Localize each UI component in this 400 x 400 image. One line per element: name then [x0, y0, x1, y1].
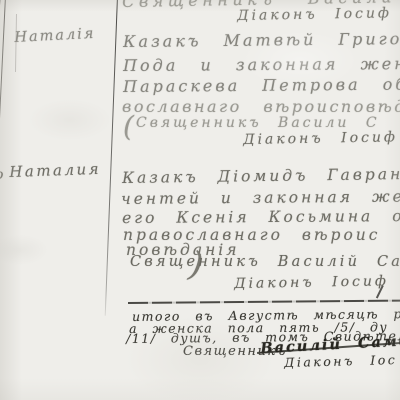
- entry-name-column: Наталия: [9, 161, 101, 181]
- header-deacon-signature-partial: Діаконъ Іосиф: [237, 6, 392, 24]
- table-rule-column-divider: [105, 0, 119, 316]
- register-scan-page: Священникъ Васили Діаконъ Іосиф Наталія …: [0, 0, 400, 400]
- entry-number-fragment: о: [0, 168, 6, 183]
- entry-deacon-signature: Діаконъ Іосиф: [243, 130, 398, 148]
- table-rule-left-corner: [0, 0, 1, 43]
- entry-body-line: Параскева Петрова оба: [123, 75, 400, 95]
- entry-priest-signature: Священникъ Василій Само: [130, 255, 400, 271]
- entry-body-line: Казакъ Діомидъ Гавранов: [122, 166, 400, 187]
- entry-deacon-signature: Діаконъ Іосиф: [234, 274, 389, 292]
- entry-priest-signature: Священникъ Васили С: [136, 116, 380, 131]
- entry-body-line: вославнаго вѣроисповѣд: [122, 98, 400, 116]
- entry-name-column: Наталія: [14, 27, 96, 47]
- flourish-paren: (: [123, 112, 137, 143]
- entry-body-line: его Ксенія Косьмина обо: [122, 208, 400, 227]
- entry-body-line: Пода и законная жена: [123, 55, 400, 75]
- table-rule-horizontal: [128, 300, 400, 304]
- entry-body-line: чентей и законная жен: [121, 188, 400, 208]
- entry-body-line: Казакъ Матвѣй Григоро: [123, 30, 400, 51]
- summary-deacon-signature: Діаконъ Іос: [284, 353, 397, 370]
